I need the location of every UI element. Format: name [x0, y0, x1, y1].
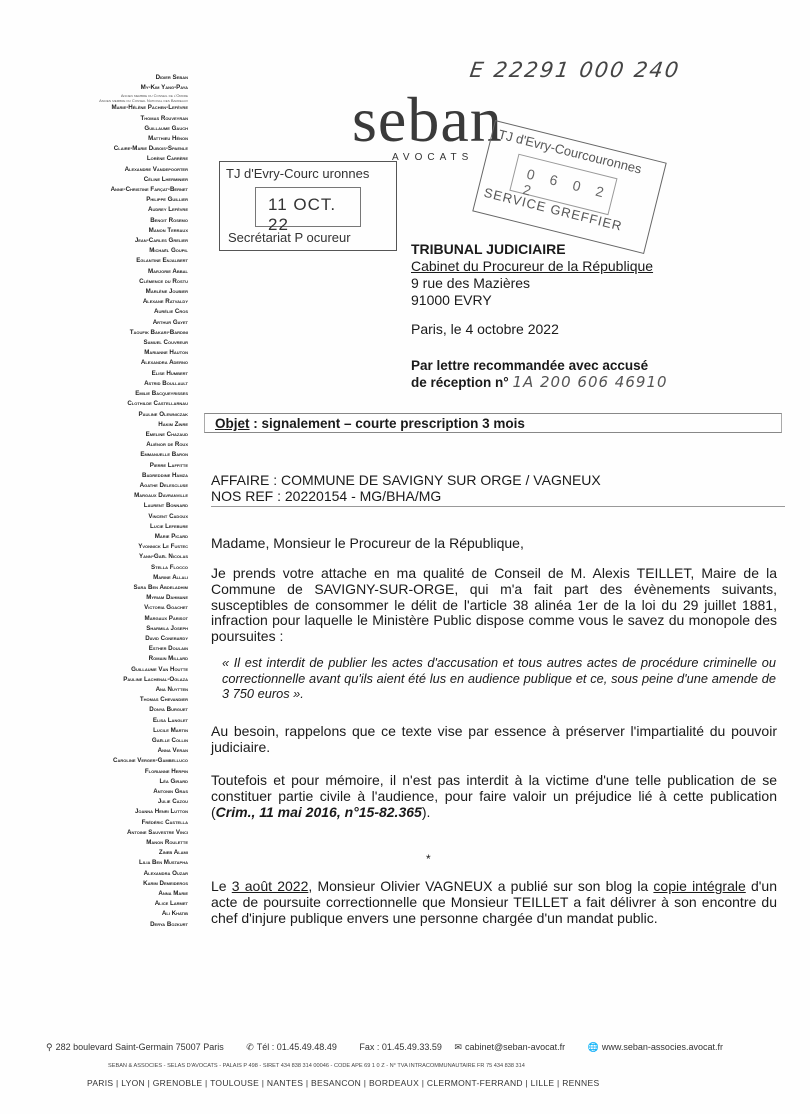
- registered-mail-number: 1A 200 606 46910: [512, 373, 667, 391]
- partner-name: Sara Ben Abdeladhim: [18, 583, 188, 593]
- partner-name: Donya Burguet: [18, 705, 188, 715]
- case-reference: AFFAIRE : COMMUNE DE SAVIGNY SUR ORGE / …: [211, 472, 785, 507]
- recipient-office: Cabinet du Procureur de la République: [411, 258, 653, 275]
- partner-name: Anna Marie: [18, 889, 188, 899]
- recipient-address: TRIBUNAL JUDICIAIRE Cabinet du Procureur…: [411, 241, 653, 309]
- partner-name: Benoit Rosemo: [18, 216, 188, 226]
- place-and-date: Paris, le 4 octobre 2022: [411, 321, 559, 337]
- paragraph-text: , Monsieur Olivier VAGNEUX a publié sur …: [308, 878, 653, 894]
- footer-phone: Tél : 01.45.49.48.49: [257, 1042, 337, 1052]
- case-title: AFFAIRE : COMMUNE DE SAVIGNY SUR ORGE / …: [211, 472, 785, 488]
- partner-name: Aurélie Cros: [18, 307, 188, 317]
- our-reference: NOS REF : 20220154 - MG/BHA/MG: [211, 488, 785, 504]
- partner-name: Anne-Christine Farçat-Bernet: [18, 185, 188, 195]
- partner-name: Pauline Lachenal-Oglaza: [18, 675, 188, 685]
- legal-quote: « Il est interdit de publier les actes d…: [222, 655, 776, 702]
- partner-name: Myriam Dahmane: [18, 593, 188, 603]
- partner-name: Marjorie Abbal: [18, 267, 188, 277]
- partner-name: Elisa Langlet: [18, 716, 188, 726]
- partner-name: Gaëlle Collin: [18, 736, 188, 746]
- footer-contact: ⚲282 boulevard Saint-Germain 75007 Paris…: [46, 1042, 776, 1053]
- envelope-icon: ✉: [454, 1042, 462, 1052]
- body-paragraph-1: Je prends votre attache en ma qualité de…: [211, 566, 777, 645]
- partner-name: Karim Demeideros: [18, 879, 188, 889]
- partner-name: Stella Flocco: [18, 563, 188, 573]
- partner-name: My-Kim Yang-Paya: [18, 83, 188, 93]
- paragraph-text: ).: [422, 804, 431, 820]
- partner-name: Ana Nuytten: [18, 685, 188, 695]
- footer-office-cities: PARIS | LYON | GRENOBLE | TOULOUSE | NAN…: [87, 1078, 599, 1088]
- partner-name: Margaux Parisot: [18, 614, 188, 624]
- partner-name: Eglantine Enjalbert: [18, 256, 188, 266]
- partner-name: Arthur Gayet: [18, 318, 188, 328]
- registered-mail-notice: Par lettre recommandée avec accusé de ré…: [411, 357, 668, 391]
- footer-website[interactable]: www.seban-associes.avocat.fr: [602, 1042, 723, 1052]
- partner-name: Alexandra Ouzar: [18, 869, 188, 879]
- partner-list: Didier SebanMy-Kim Yang-PayaAncien membr…: [18, 73, 188, 930]
- partner-name: Clothilde Castellarnau: [18, 399, 188, 409]
- partner-name: Anna Veran: [18, 746, 188, 756]
- subject-box: Objet : signalement – courte prescriptio…: [204, 413, 782, 433]
- partner-name: Emeline Chazaud: [18, 430, 188, 440]
- event-date: 3 août 2022: [232, 878, 309, 894]
- partner-name: David Conerardy: [18, 634, 188, 644]
- partner-name: Antonin Gras: [18, 787, 188, 797]
- partner-name: Alexandre Vandepoorter: [18, 165, 188, 175]
- stamp-date: 11 OCT. 22: [268, 195, 360, 235]
- partner-name: Alexane Ratvaldy: [18, 297, 188, 307]
- footer-fax: Fax : 01.45.49.33.59: [359, 1042, 442, 1052]
- partner-name: Joanna Henri Lutton: [18, 807, 188, 817]
- partner-name: Pierre Laffitte: [18, 461, 188, 471]
- partner-name: Zineb Alami: [18, 848, 188, 858]
- partner-name: Léa Girard: [18, 777, 188, 787]
- partner-name: Marie-Hélène Pachen-Lefèvre: [18, 103, 188, 113]
- partner-name: Marianne Hauton: [18, 348, 188, 358]
- partner-name: Ali Khatib: [18, 909, 188, 919]
- partner-name: Matthieu Hénon: [18, 134, 188, 144]
- partner-name: Lucie Lefebure: [18, 522, 188, 532]
- partner-name: Elise Humbert: [18, 369, 188, 379]
- partner-name: Marlène Joubier: [18, 287, 188, 297]
- partner-name: Margaux Davranville: [18, 491, 188, 501]
- partner-name: Victoria Goachet: [18, 603, 188, 613]
- firm-logo-subtitle: AVOCATS: [392, 152, 473, 163]
- subject-label: Objet: [215, 416, 250, 431]
- reception-stamp-greffe: TJ d'Evry-Courcouronnes 0 6 0 2 2 SERVIC…: [472, 120, 666, 254]
- registered-mail-line2: de réception n°: [411, 375, 509, 390]
- partner-name: Thomas Rouveyran: [18, 114, 188, 124]
- footer-email[interactable]: cabinet@seban-avocat.fr: [465, 1042, 565, 1052]
- emphasis-copy: copie intégrale: [653, 878, 745, 894]
- partner-name: Astrid Boullault: [18, 379, 188, 389]
- body-paragraph-4: Le 3 août 2022, Monsieur Olivier VAGNEUX…: [211, 879, 777, 926]
- partner-name: Taoufik Bakari-Bardini: [18, 328, 188, 338]
- partner-name: Badreddine Hamza: [18, 471, 188, 481]
- partner-name: Pauline Olewniczak: [18, 410, 188, 420]
- salutation: Madame, Monsieur le Procureur de la Répu…: [211, 535, 524, 551]
- footer-legal: SEBAN & ASSOCIES - SELAS D'AVOCATS - PAL…: [108, 1063, 525, 1069]
- partner-name: Florianne Herpin: [18, 767, 188, 777]
- partner-name: Claire-Marie Dubois-Spaenle: [18, 144, 188, 154]
- partner-name: Esther Doulain: [18, 644, 188, 654]
- partner-name: Aliénor de Roux: [18, 440, 188, 450]
- partner-name: Clémence du Rostu: [18, 277, 188, 287]
- partner-name: Frédéric Castella: [18, 818, 188, 828]
- case-law-citation: Crim., 11 mai 2016, n°15-82.365: [216, 804, 422, 820]
- body-paragraph-3: Toutefois et pour mémoire, il n'est pas …: [211, 773, 777, 820]
- partner-name: Yvonnick Le Fustec: [18, 542, 188, 552]
- partner-name: Agathe Delescluse: [18, 481, 188, 491]
- partner-name: Emmanuelle Baron: [18, 450, 188, 460]
- partner-name: Emilie Bacqueyrisses: [18, 389, 188, 399]
- partner-name: Thomas Chevandier: [18, 695, 188, 705]
- body-paragraph-2: Au besoin, rappelons que ce texte vise p…: [211, 724, 777, 756]
- partner-name: Yann-Gaël Nicolas: [18, 552, 188, 562]
- partner-name: Romain Millard: [18, 654, 188, 664]
- location-pin-icon: ⚲: [46, 1042, 53, 1052]
- registered-mail-line1: Par lettre recommandée avec accusé: [411, 357, 668, 374]
- partner-name: Philippe Guillier: [18, 195, 188, 205]
- stamp-date-box: 11 OCT. 22: [255, 187, 361, 227]
- recipient-city: 91000 EVRY: [411, 292, 653, 309]
- partner-name: Alice Larmet: [18, 899, 188, 909]
- letter-page: E 22291 000 240 seban AVOCATS Didier Seb…: [0, 0, 810, 1114]
- partner-name: Derya Bozkurt: [18, 920, 188, 930]
- stamp-service: Secrétariat P ocureur: [228, 230, 351, 245]
- partner-name: Audrey Lefèvre: [18, 205, 188, 215]
- partner-name: Didier Seban: [18, 73, 188, 83]
- reception-stamp-secretariat: TJ d'Evry-Courc uronnes 11 OCT. 22 Secré…: [219, 161, 397, 251]
- paragraph-text: Le: [211, 878, 232, 894]
- partner-name: Hakim Zinre: [18, 420, 188, 430]
- partner-name: Caroline Verger-Gambelluco: [18, 756, 188, 766]
- subject-text: : signalement – courte prescription 3 mo…: [250, 416, 525, 431]
- partner-name: Julie Cazou: [18, 797, 188, 807]
- globe-icon: 🌐: [588, 1042, 599, 1052]
- partner-name: Michaël Goupil: [18, 246, 188, 256]
- firm-logo: seban: [352, 92, 503, 148]
- partner-name: Antoine Sauvestre Vinci: [18, 828, 188, 838]
- partner-name: Lilia Ben Mustapha: [18, 858, 188, 868]
- handwritten-reference: E 22291 000 240: [468, 58, 682, 82]
- recipient-street: 9 rue des Mazières: [411, 275, 653, 292]
- partner-name: Guillaume Gauch: [18, 124, 188, 134]
- partner-name: Marine Allali: [18, 573, 188, 583]
- partner-name: Guillaume Van Houtte: [18, 665, 188, 675]
- partner-name: Céline Lherminier: [18, 175, 188, 185]
- partner-name: Samuel Couvreur: [18, 338, 188, 348]
- partner-name: Lorène Carrère: [18, 154, 188, 164]
- partner-name: Jean-Carles Grelier: [18, 236, 188, 246]
- partner-name: Vincent Cadoux: [18, 512, 188, 522]
- recipient-title: TRIBUNAL JUDICIAIRE: [411, 241, 653, 258]
- partner-name: Sharmila Joseph: [18, 624, 188, 634]
- partner-name: Alexandra Aderno: [18, 358, 188, 368]
- section-separator: *: [426, 852, 431, 866]
- phone-icon: ✆: [246, 1042, 254, 1052]
- partner-name: Laurent Bonnard: [18, 501, 188, 511]
- partner-name: Marie Picard: [18, 532, 188, 542]
- stamp-court-name: TJ d'Evry-Courc uronnes: [226, 166, 369, 181]
- partner-name: Lucile Martin: [18, 726, 188, 736]
- partner-name: Manon Roulette: [18, 838, 188, 848]
- footer-address: 282 boulevard Saint-Germain 75007 Paris: [56, 1042, 224, 1052]
- partner-name: Manon Terraux: [18, 226, 188, 236]
